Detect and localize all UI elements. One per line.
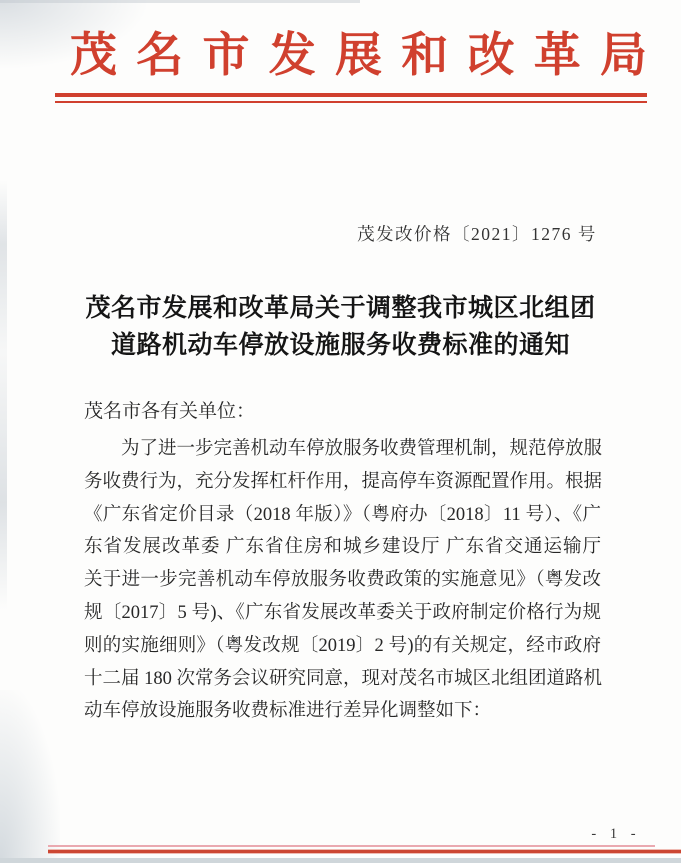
paragraph-line: 动车停放设施服务收费标准进行差异化调整如下： — [84, 695, 601, 728]
agency-letterhead-name: 茂名市发展和改革局 — [70, 26, 647, 88]
body-paragraph: 为了进一步完善机动车停放服务收费管理机制，规范停放服务收费行为，充分发挥杠杆作用… — [84, 433, 601, 728]
paragraph-line: 《广东省定价目录（2018 年版）》（粤府办〔2018〕11 号）、《广 — [84, 499, 601, 532]
document-page: 茂名市发展和改革局 茂发改价格〔2021〕1276 号 茂名市发展和改革局关于调… — [0, 0, 681, 863]
notice-title-line: 道路机动车停放设施服务收费标准的通知 — [10, 327, 671, 364]
paragraph-line: 为了进一步完善机动车停放服务收费管理机制，规范停放服 — [84, 433, 601, 466]
page-number: - 1 - — [578, 826, 654, 843]
next-page-divider-thick — [48, 850, 681, 853]
notice-title: 茂名市发展和改革局关于调整我市城区北组团道路机动车停放设施服务收费标准的通知 — [10, 290, 671, 364]
paragraph-line: 则的实施细则》（粤发改规〔2019〕2 号)的有关规定，经市政府 — [84, 630, 601, 663]
paragraph-line: 务收费行为，充分发挥杠杆作用，提高停车资源配置作用。根据 — [84, 466, 601, 499]
salutation: 茂名市各有关单位： — [84, 399, 604, 425]
scan-shadow-bottom-left — [0, 690, 60, 863]
scan-bottom-edge — [0, 858, 681, 863]
scan-shadow-left-edge — [0, 180, 7, 610]
letterhead-divider — [55, 93, 647, 103]
paragraph-line: 关于进一步完善机动车停放服务收费政策的实施意见》（粤发改 — [84, 564, 601, 597]
doc-number: 茂发改价格〔2021〕1276 号 — [277, 222, 677, 246]
next-page-divider-thin — [48, 845, 655, 847]
paragraph-line: 十二届 180 次常务会议研究同意，现对茂名市城区北组团道路机 — [84, 663, 601, 696]
paragraph-line: 规〔2017〕5 号)、《广东省发展改革委关于政府制定价格行为规 — [84, 597, 601, 630]
scan-shadow-top-edge — [0, 0, 360, 3]
paragraph-line: 东省发展改革委 广东省住房和城乡建设厅 广东省交通运输厅 — [84, 531, 601, 564]
notice-title-line: 茂名市发展和改革局关于调整我市城区北组团 — [10, 290, 671, 327]
